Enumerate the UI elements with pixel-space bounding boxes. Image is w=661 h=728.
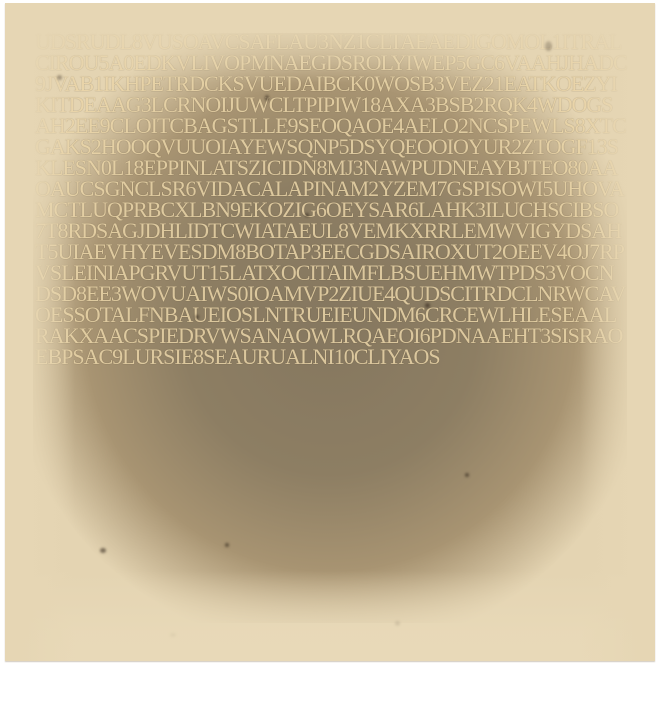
painting-canvas: UDSRUDL8VUSOAVCSAFLAU3NZ1CLTAEAEDIGOMOL1… [5, 3, 655, 661]
stenciled-letters: UDSRUDL8VUSOAVCSAFLAU3NZ1CLTAEAEDIGOMOL1… [35, 31, 627, 631]
